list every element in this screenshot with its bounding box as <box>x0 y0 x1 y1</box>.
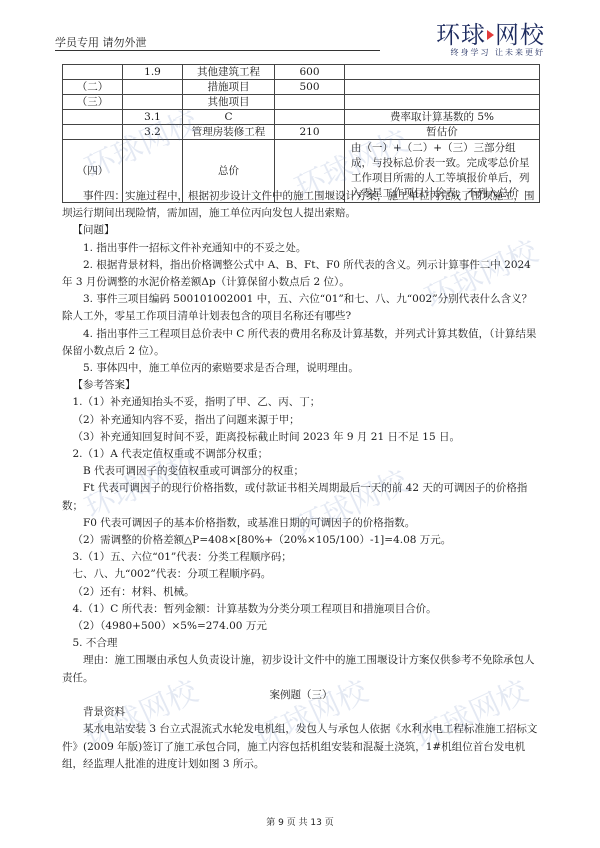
answer-item: F0 代表可调因子的基本价格指数，或基准日期的可调因子的价格指数。 <box>62 515 540 532</box>
answer-item: 2.（1）A 代表定值权重或不调部分权重； <box>62 446 540 463</box>
cell-amount: 210 <box>275 125 345 140</box>
answer-item: 七、八、九“002”代表：分项工程顺序码。 <box>62 566 540 583</box>
table-row: （三） 其他项目 <box>63 95 540 110</box>
table-row: （二） 措施项目 500 <box>63 80 540 95</box>
logo-wordmark: 环球网校 <box>436 22 545 48</box>
cell-name: 其他建筑工程 <box>183 65 275 80</box>
cell-code: 3.1 <box>123 110 183 125</box>
questions-heading: 【问题】 <box>62 222 540 239</box>
cell-code <box>123 80 183 95</box>
answer-item: 理由：施工围堰由承包人负责设计施，初步设计文件中的施工围堰设计方案仅供参考不免除… <box>62 652 540 686</box>
cell-code: 3.2 <box>123 125 183 140</box>
logo-slogan: 终身学习 让未来更好 <box>436 48 545 58</box>
question-item: 3. 事件三项目编码 500101002001 中，五、六位“01”和七、八、九… <box>62 291 540 325</box>
cell-amount: 500 <box>275 80 345 95</box>
case-title: 案例题（三） <box>62 687 540 704</box>
cell-name: C <box>183 110 275 125</box>
header-divider <box>55 50 380 51</box>
question-item: 5. 事体四中，施工单位丙的索赔要求是否合理，说明理由。 <box>62 360 540 377</box>
answer-item: 5. 不合理 <box>62 635 540 652</box>
brand-logo: 环球网校 终身学习 让未来更好 <box>436 22 545 58</box>
cell-no: （二） <box>63 80 123 95</box>
answer-item: B 代表可调因子的变值权重或可调部分的权重； <box>62 463 540 480</box>
document-body: 事件四：实施过程中，根据初步设计文件中的施工围堰设计方案，施工单位丙完成了围坝施… <box>62 188 540 773</box>
answer-item: （3）补充通知回复时间不妥，距离投标截止时间 2023 年 9 月 21 日不足… <box>62 429 540 446</box>
cell-amount: 600 <box>275 65 345 80</box>
answer-item: （2）补充通知内容不妥，指出了问题来源于甲； <box>62 412 540 429</box>
cell-no <box>63 110 123 125</box>
cost-table: 1.9 其他建筑工程 600 （二） 措施项目 500 （三） 其他项目 3.1… <box>62 64 540 203</box>
cell-remark: 费率取计算基数的 5% <box>345 110 540 125</box>
header-notice: 学员专用 请勿外泄 <box>55 34 147 50</box>
cell-amount <box>275 95 345 110</box>
answer-item: 4.（1）C 所代表：暂列金额：计算基数为分类分项工程项目和措施项目合价。 <box>62 601 540 618</box>
page-header: 学员专用 请勿外泄 环球网校 终身学习 让未来更好 <box>55 18 545 58</box>
cell-code <box>123 95 183 110</box>
answer-item: （2）（4980+500）×5%=274.00 万元 <box>62 618 540 635</box>
question-item: 2. 根据背景材料，指出价格调整公式中 A、B、Ft、F0 所代表的含义。列示计… <box>62 257 540 291</box>
cell-name: 管理房装修工程 <box>183 125 275 140</box>
cell-code: 1.9 <box>123 65 183 80</box>
background-paragraph: 某水电站安装 3 台立式混流式水轮发电机组，发包人与承包人依据《水利水电工程标准… <box>62 721 540 773</box>
cell-name: 措施项目 <box>183 80 275 95</box>
answer-item: 3.（1）五、六位“01”代表：分类工程顺序码； <box>62 549 540 566</box>
play-icon <box>487 30 494 40</box>
cell-remark <box>345 80 540 95</box>
cell-amount <box>275 110 345 125</box>
event-four-paragraph: 事件四：实施过程中，根据初步设计文件中的施工围堰设计方案，施工单位丙完成了围坝施… <box>62 188 540 222</box>
answer-item: （2）需调整的价格差额△P=408×[80%+（20%×105/100）-1]=… <box>62 532 540 549</box>
background-heading: 背景资料 <box>62 704 540 721</box>
answer-item: （2）还有：材料、机械。 <box>62 584 540 601</box>
cell-remark <box>345 65 540 80</box>
cell-remark: 暂估价 <box>345 125 540 140</box>
cell-no <box>63 125 123 140</box>
answer-item: 1.（1）补充通知抬头不妥，指明了甲、乙、丙、丁； <box>62 394 540 411</box>
table-row: 1.9 其他建筑工程 600 <box>63 65 540 80</box>
answer-item: Ft 代表可调因子的现行价格指数，或付款证书相关周期最后一天的前 42 天的可调… <box>62 480 540 514</box>
cell-no: （三） <box>63 95 123 110</box>
question-item: 1. 指出事件一招标文件补充通知中的不妥之处。 <box>62 240 540 257</box>
cell-no <box>63 65 123 80</box>
answers-heading: 【参考答案】 <box>62 377 540 394</box>
table-row: 3.1 C 费率取计算基数的 5% <box>63 110 540 125</box>
page-number: 第 9 页 共 13 页 <box>0 815 600 828</box>
table-row: 3.2 管理房装修工程 210 暂估价 <box>63 125 540 140</box>
cell-name: 其他项目 <box>183 95 275 110</box>
question-item: 4. 指出事件三工程项目总价表中 C 所代表的费用名称及计算基数，并列式计算其数… <box>62 326 540 360</box>
cell-remark <box>345 95 540 110</box>
